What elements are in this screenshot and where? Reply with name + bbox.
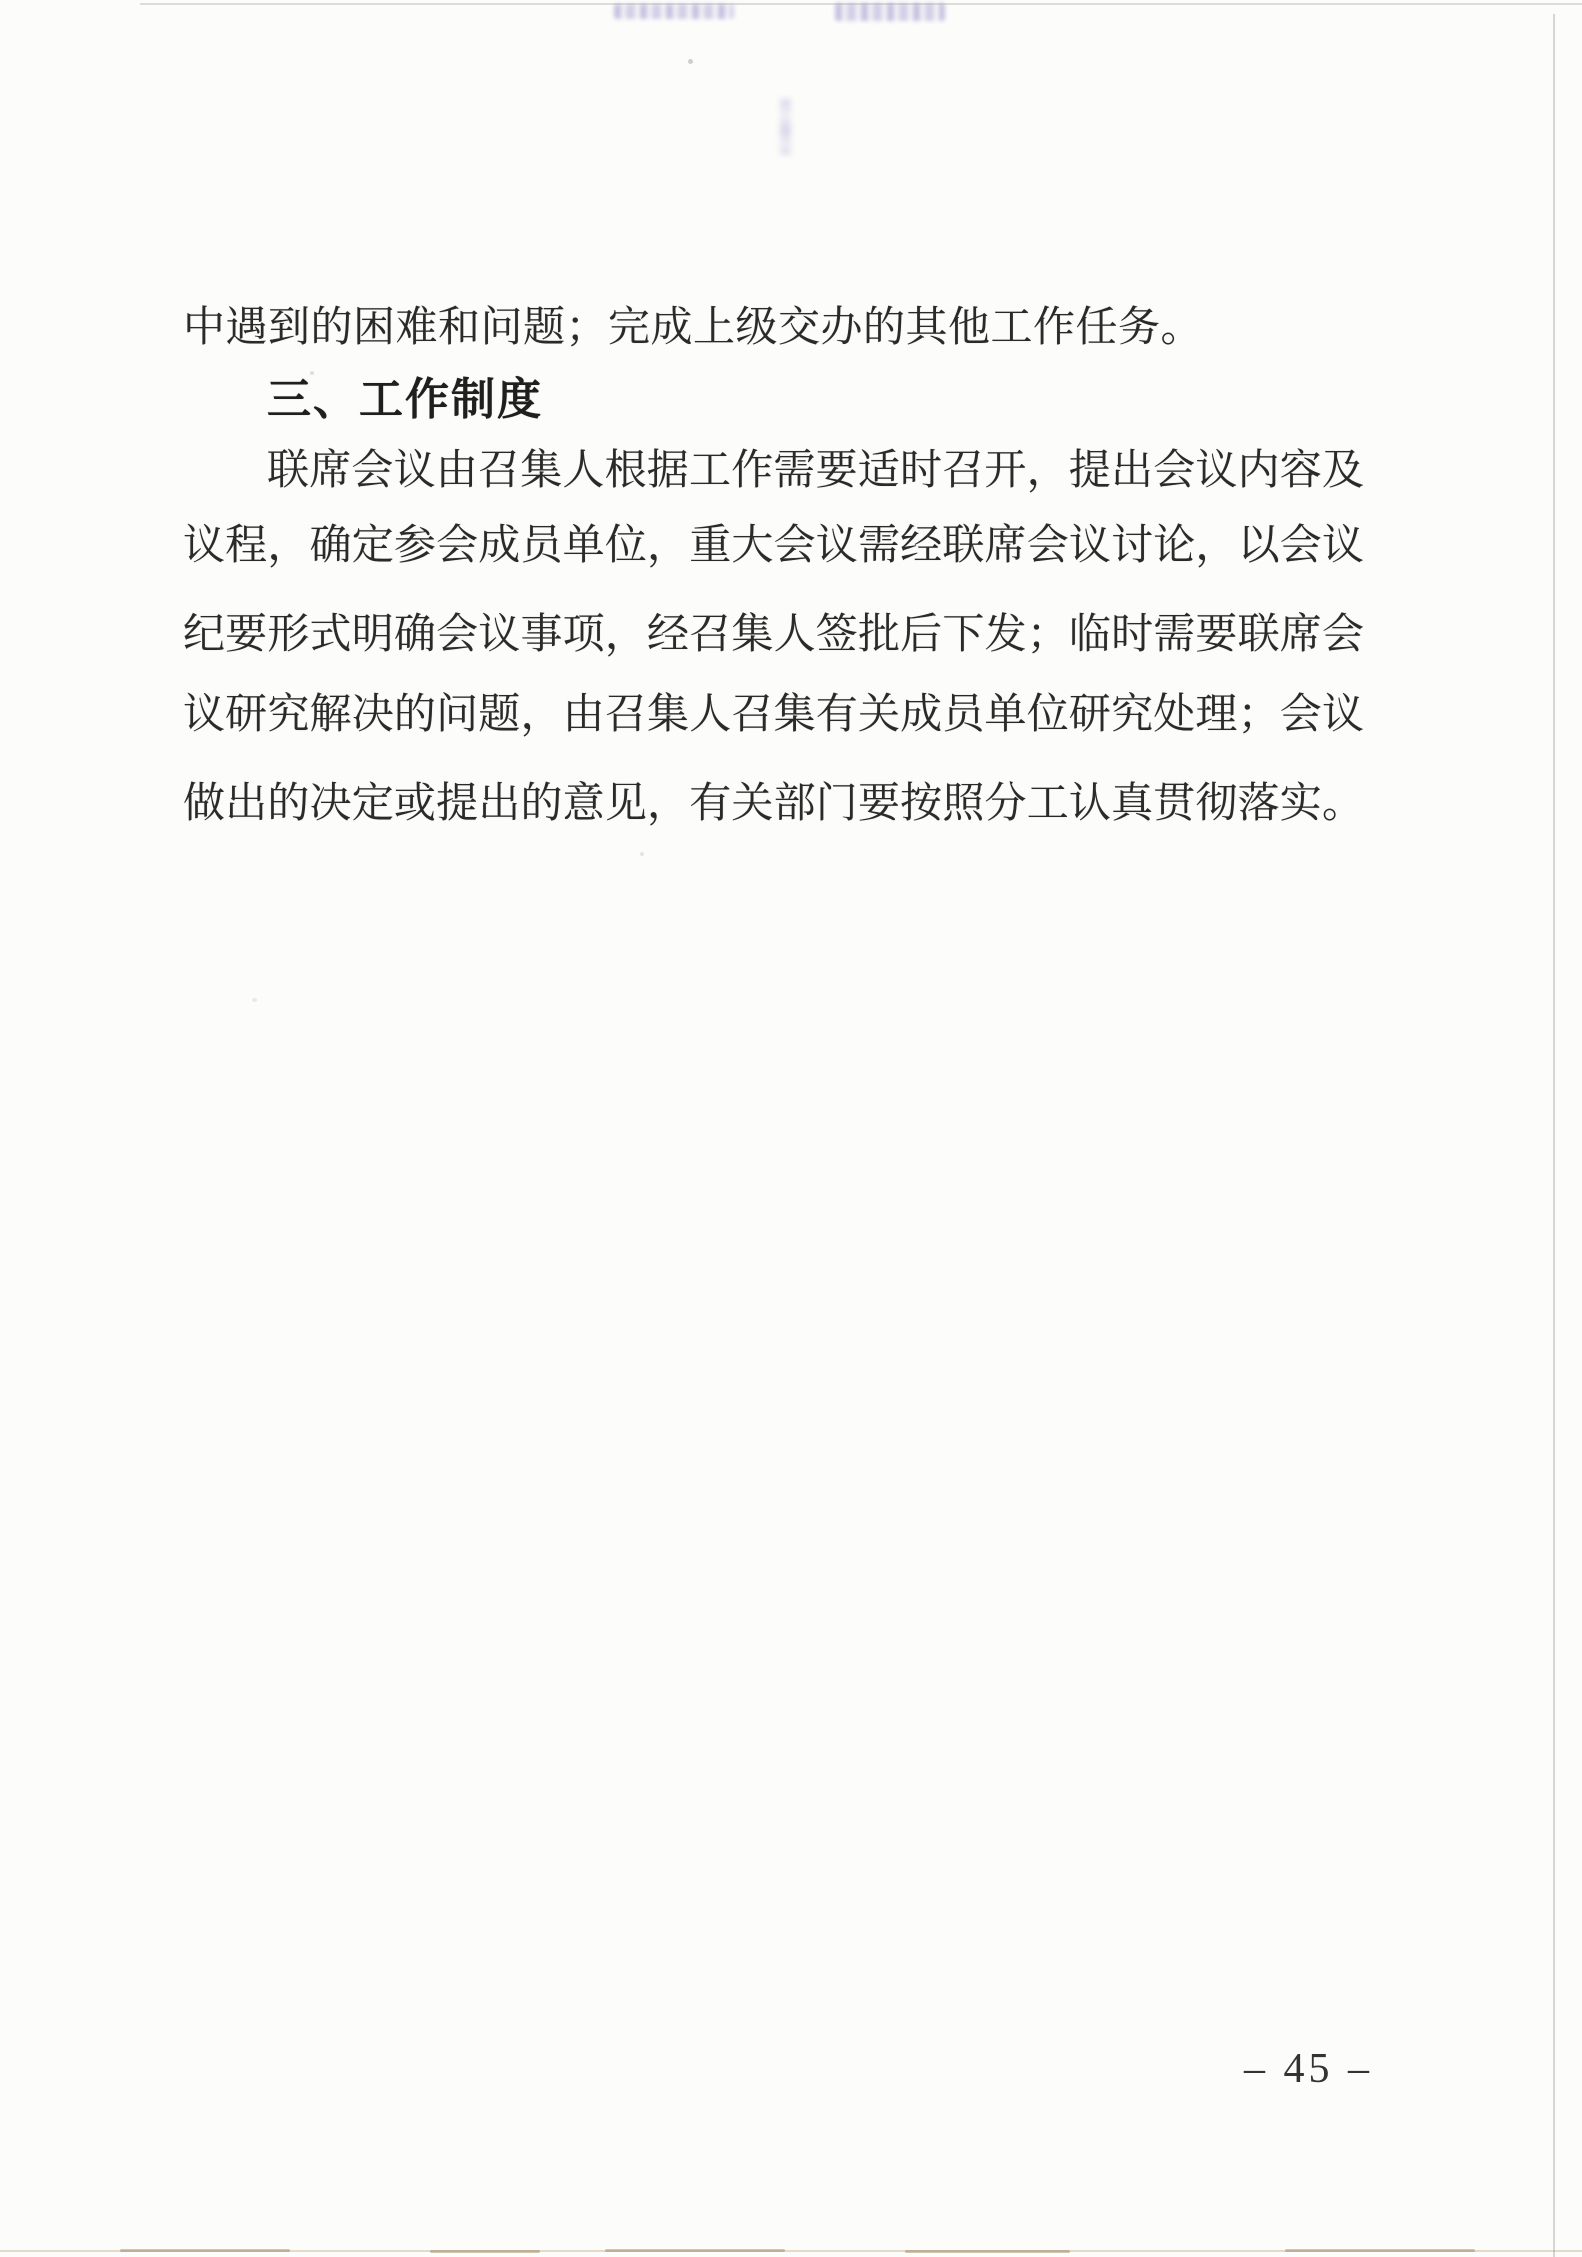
scan-speck [640, 852, 644, 856]
bottom-scan-dash [1285, 2249, 1475, 2252]
paragraph-line: 纪要形式明确会议事项，经召集人签批后下发；临时需要联席会 [183, 611, 1364, 659]
paragraph-line: 做出的决定或提出的意见，有关部门要按照分工认真贯彻落实。 [183, 780, 1364, 828]
ink-bleedthrough-smudge [614, 4, 734, 19]
bottom-scan-dash [430, 2250, 540, 2253]
ink-bleedthrough-mark [780, 99, 791, 155]
page-number: – 45 – [1244, 2046, 1373, 2092]
ink-bleedthrough-smudge [835, 3, 945, 21]
scan-speck [688, 59, 693, 64]
section-heading: 三、工作制度 [267, 376, 543, 424]
body-text-continuation-line: 中遇到的困难和问题；完成上级交办的其他工作任务。 [183, 304, 1203, 352]
right-scan-edge-line [1553, 14, 1555, 2257]
bottom-scan-dash [605, 2249, 785, 2252]
bottom-scan-dash [905, 2250, 1070, 2253]
scan-speck [252, 998, 257, 1002]
scanned-document-page: 中遇到的困难和问题；完成上级交办的其他工作任务。 三、工作制度 联席会议由召集人… [0, 0, 1582, 2257]
bottom-scan-dash [120, 2249, 290, 2252]
paragraph-line: 议程，确定参会成员单位，重大会议需经联席会议讨论，以会议 [183, 522, 1364, 570]
paragraph-line: 联席会议由召集人根据工作需要适时召开，提出会议内容及 [267, 447, 1364, 495]
paragraph-line: 议研究解决的问题，由召集人召集有关成员单位研究处理；会议 [183, 691, 1364, 739]
